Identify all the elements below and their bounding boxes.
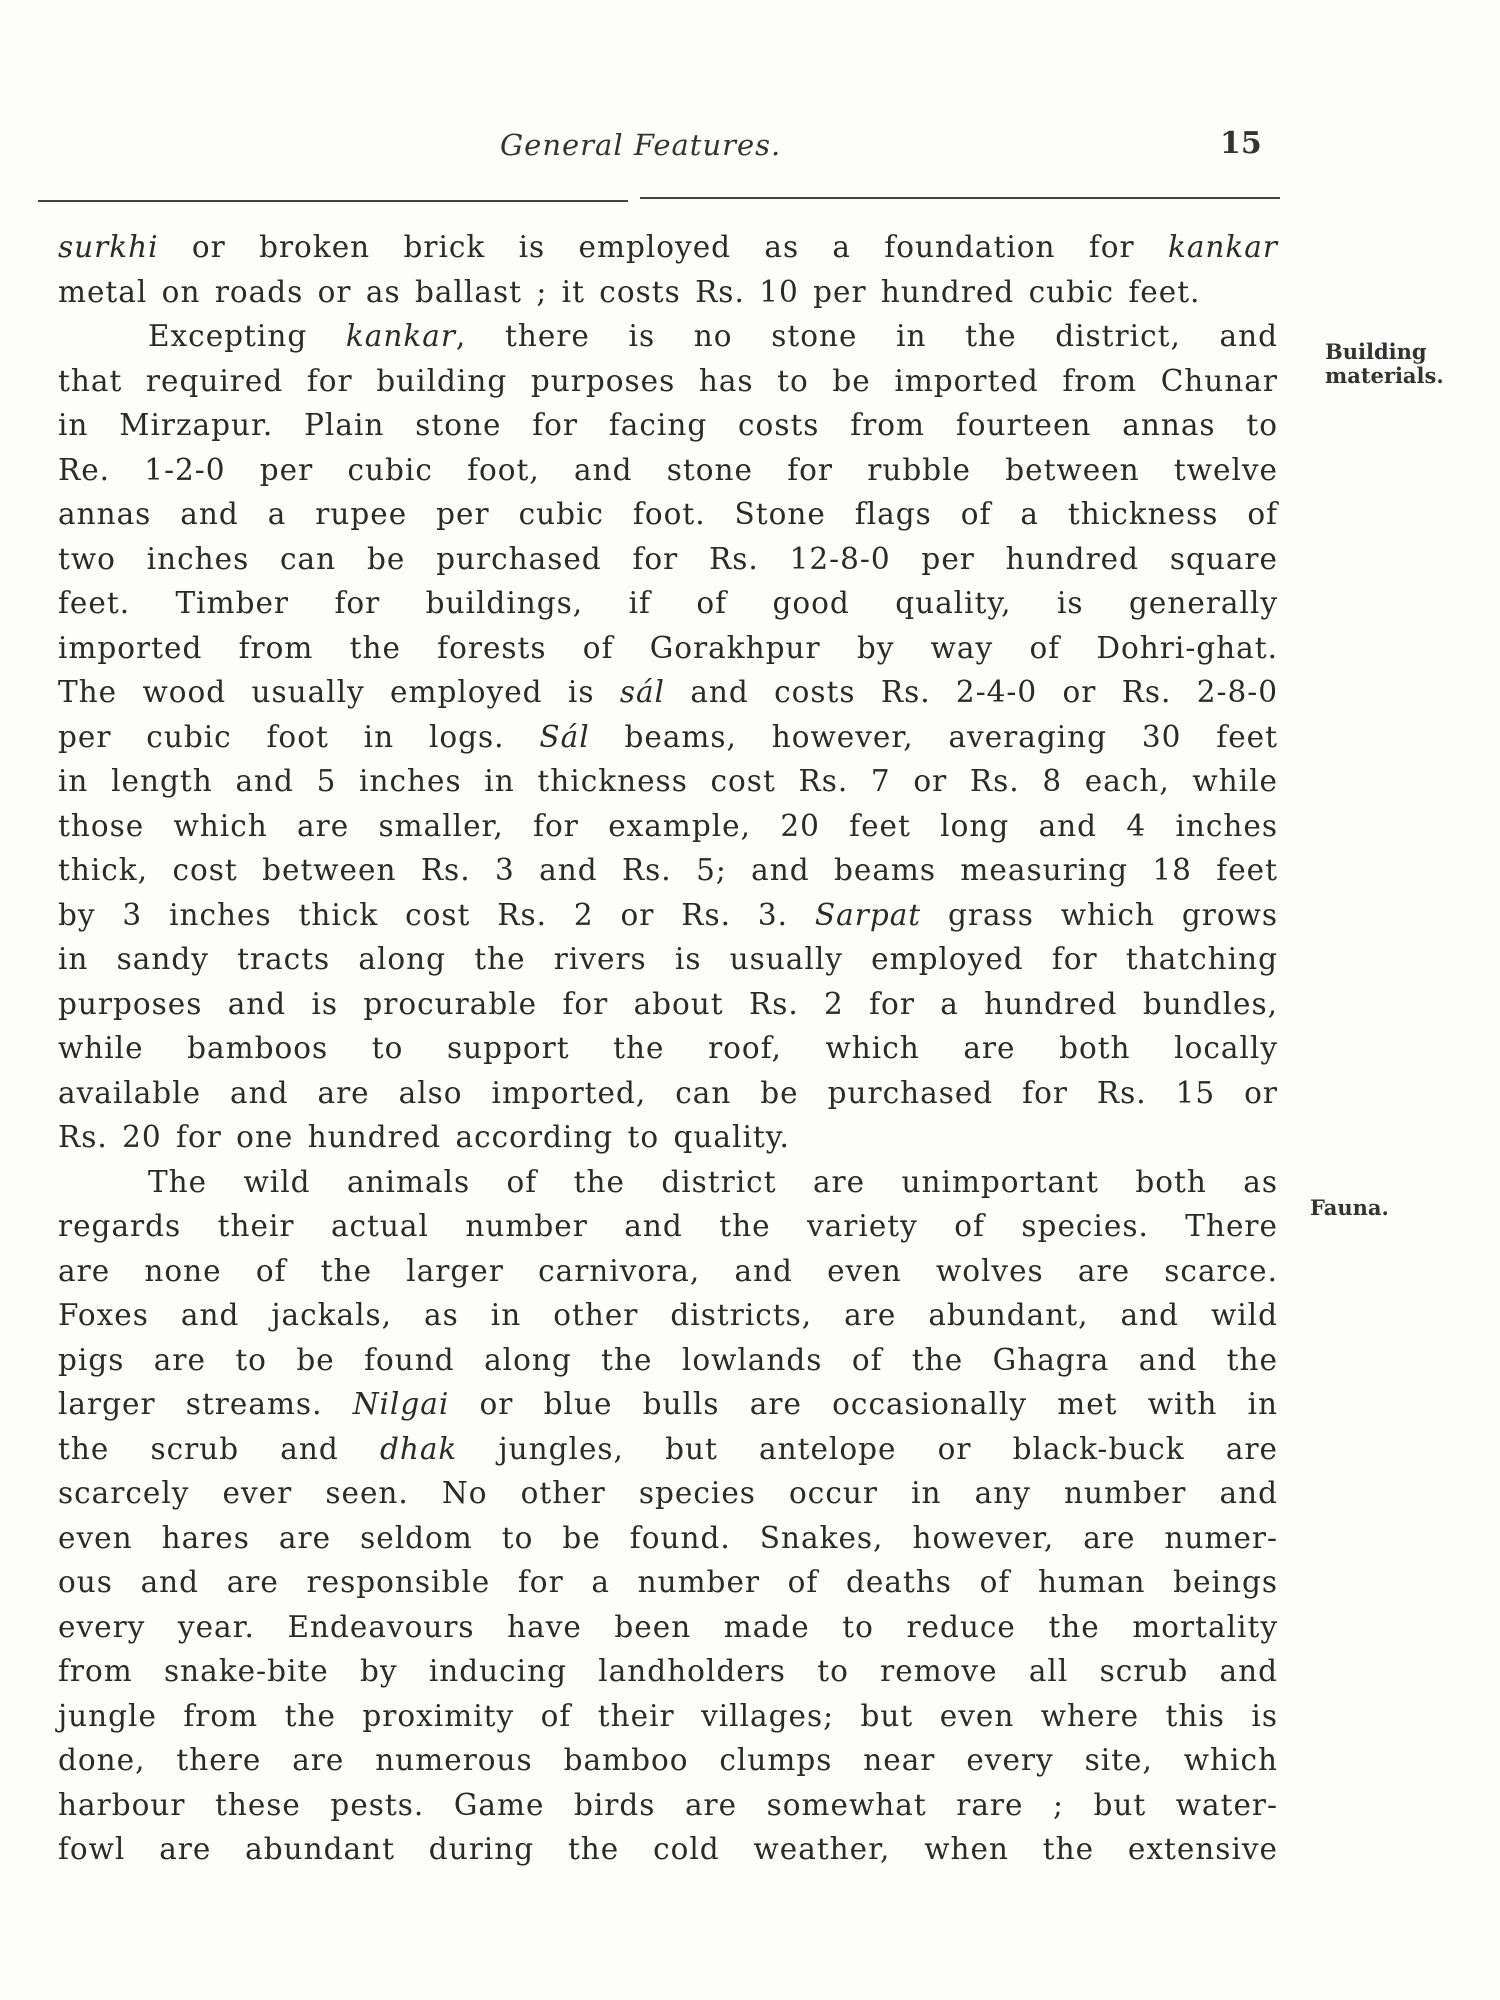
margin-note-building-materials: Building materials. — [1325, 340, 1444, 388]
text-line: two inches can be purchased for Rs. 12-8… — [58, 537, 1278, 582]
text-line: are none of the larger carnivora, and ev… — [58, 1249, 1278, 1294]
text-line: ous and are responsible for a number of … — [58, 1560, 1278, 1605]
margin-note-fauna: Fauna. — [1310, 1196, 1389, 1220]
text-line: those which are smaller, for example, 20… — [58, 804, 1278, 849]
text-line: that required for building purposes has … — [58, 359, 1278, 404]
text-line: The wild animals of the district are uni… — [58, 1160, 1278, 1205]
text-line: in sandy tracts along the rivers is usua… — [58, 937, 1278, 982]
text-line: The wood usually employed is sál and cos… — [58, 670, 1278, 715]
text-line: from snake-bite by inducing landholders … — [58, 1649, 1278, 1694]
margin-note-line: Building — [1325, 340, 1444, 364]
text-line: available and are also imported, can be … — [58, 1071, 1278, 1116]
text-line: metal on roads or as ballast ; it costs … — [58, 270, 1278, 315]
text-line: pigs are to be found along the lowlands … — [58, 1338, 1278, 1383]
text-line: Rs. 20 for one hundred according to qual… — [58, 1115, 1278, 1160]
text-line: scarcely ever seen. No other species occ… — [58, 1471, 1278, 1516]
text-line: per cubic foot in logs. Sál beams, howev… — [58, 715, 1278, 760]
header-rule-right — [640, 197, 1280, 199]
text-line: annas and a rupee per cubic foot. Stone … — [58, 492, 1278, 537]
text-line: Re. 1-2-0 per cubic foot, and stone for … — [58, 448, 1278, 493]
text-line: jungle from the proximity of their villa… — [58, 1694, 1278, 1739]
text-line: the scrub and dhak jungles, but antelope… — [58, 1427, 1278, 1472]
text-line: Foxes and jackals, as in other districts… — [58, 1293, 1278, 1338]
text-line: while bamboos to support the roof, which… — [58, 1026, 1278, 1071]
text-line: regards their actual number and the vari… — [58, 1204, 1278, 1249]
text-line: purposes and is procurable for about Rs.… — [58, 982, 1278, 1027]
text-line: in length and 5 inches in thickness cost… — [58, 759, 1278, 804]
page-number: 15 — [1220, 126, 1262, 161]
text-line: feet. Timber for buildings, if of good q… — [58, 581, 1278, 626]
text-line: even hares are seldom to be found. Snake… — [58, 1516, 1278, 1561]
margin-note-line: materials. — [1325, 364, 1444, 388]
text-line: in Mirzapur. Plain stone for facing cost… — [58, 403, 1278, 448]
text-line: Excepting kankar, there is no stone in t… — [58, 314, 1278, 359]
text-line: surkhi or broken brick is employed as a … — [58, 225, 1278, 270]
text-line: thick, cost between Rs. 3 and Rs. 5; and… — [58, 848, 1278, 893]
text-line: done, there are numerous bamboo clumps n… — [58, 1738, 1278, 1783]
header-rule-left — [38, 200, 628, 202]
text-line: harbour these pests. Game birds are some… — [58, 1783, 1278, 1828]
text-line: larger streams. Nilgai or blue bulls are… — [58, 1382, 1278, 1427]
page-header-title: General Features. — [500, 128, 781, 162]
text-line: every year. Endeavours have been made to… — [58, 1605, 1278, 1650]
text-line: by 3 inches thick cost Rs. 2 or Rs. 3. S… — [58, 893, 1278, 938]
body-text: surkhi or broken brick is employed as a … — [58, 225, 1278, 1872]
text-line: imported from the forests of Gorakhpur b… — [58, 626, 1278, 671]
text-line: fowl are abundant during the cold weathe… — [58, 1827, 1278, 1872]
